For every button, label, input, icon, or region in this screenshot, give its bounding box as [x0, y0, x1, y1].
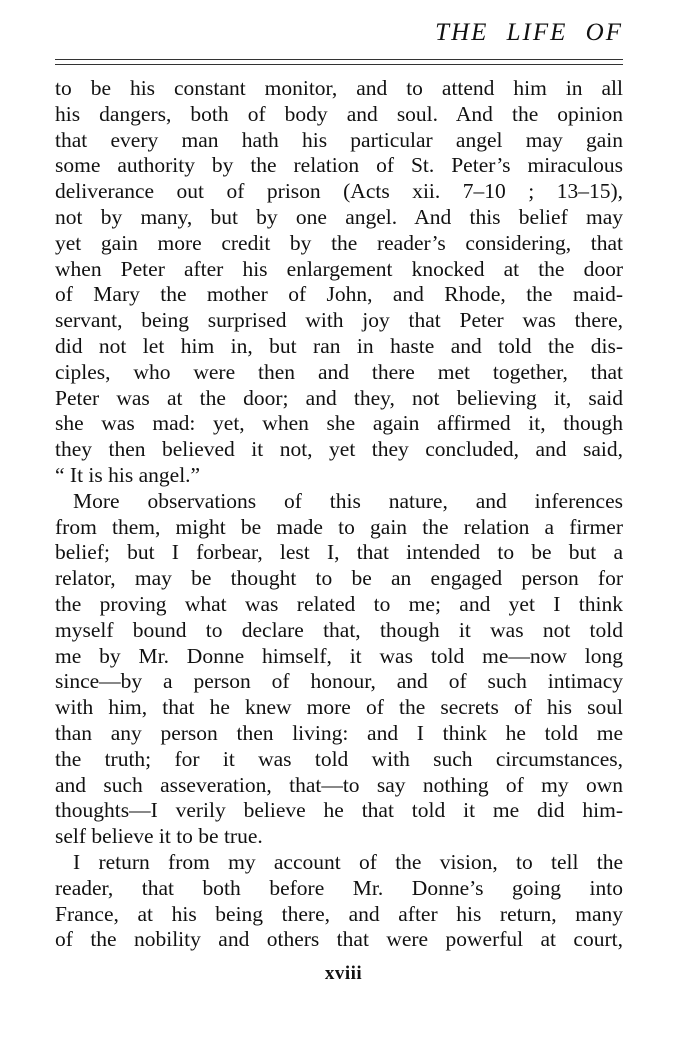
- text-line: I return from my account of the vision, …: [55, 850, 623, 876]
- text-line: did not let him in, but ran in haste and…: [55, 334, 623, 360]
- text-line: to be his constant monitor, and to atten…: [55, 76, 623, 102]
- text-line: deliverance out of prison (Acts xii. 7–1…: [55, 179, 623, 205]
- text-line: France, at his being there, and after hi…: [55, 902, 623, 928]
- text-line: of the nobility and others that were pow…: [55, 927, 623, 953]
- text-line: when Peter after his enlargement knocked…: [55, 257, 623, 283]
- text-line: ciples, who were then and there met toge…: [55, 360, 623, 386]
- page-number: xviii: [0, 962, 687, 986]
- text-line: yet gain more credit by the reader’s con…: [55, 231, 623, 257]
- text-line: some authority by the relation of St. Pe…: [55, 153, 623, 179]
- text-line: not by many, but by one angel. And this …: [55, 205, 623, 231]
- text-line: the proving what was related to me; and …: [55, 592, 623, 618]
- text-line: of Mary the mother of John, and Rhode, t…: [55, 282, 623, 308]
- text-line: reader, that both before Mr. Donne’s goi…: [55, 876, 623, 902]
- text-line: his dangers, both of body and soul. And …: [55, 102, 623, 128]
- text-line: and such asseveration, that—to say nothi…: [55, 773, 623, 799]
- text-line: self believe it to be true.: [55, 824, 623, 850]
- text-line: thoughts—I verily believe he that told i…: [55, 798, 623, 824]
- body-text: to be his constant monitor, and to atten…: [55, 76, 623, 953]
- text-line: she was mad: yet, when she again affirme…: [55, 411, 623, 437]
- text-line: me by Mr. Donne himself, it was told me—…: [55, 644, 623, 670]
- text-line: Peter was at the door; and they, not bel…: [55, 386, 623, 412]
- text-line: they then believed it not, yet they conc…: [55, 437, 623, 463]
- text-line: that every man hath his particular angel…: [55, 128, 623, 154]
- text-line: More observations of this nature, and in…: [55, 489, 623, 515]
- text-line: belief; but I forbear, lest I, that inte…: [55, 540, 623, 566]
- text-line: myself bound to declare that, though it …: [55, 618, 623, 644]
- header-rule-top: [55, 59, 623, 60]
- text-line: since—by a person of honour, and of such…: [55, 669, 623, 695]
- text-line: with him, that he knew more of the secre…: [55, 695, 623, 721]
- text-line: the truth; for it was told with such cir…: [55, 747, 623, 773]
- text-line: relator, may be thought to be an engaged…: [55, 566, 623, 592]
- running-head-title: THE LIFE OF: [435, 18, 623, 48]
- text-line: than any person then living: and I think…: [55, 721, 623, 747]
- text-line: from them, might be made to gain the rel…: [55, 515, 623, 541]
- header-rule-bottom: [55, 64, 623, 65]
- text-line: servant, being surprised with joy that P…: [55, 308, 623, 334]
- text-line: “ It is his angel.”: [55, 463, 623, 489]
